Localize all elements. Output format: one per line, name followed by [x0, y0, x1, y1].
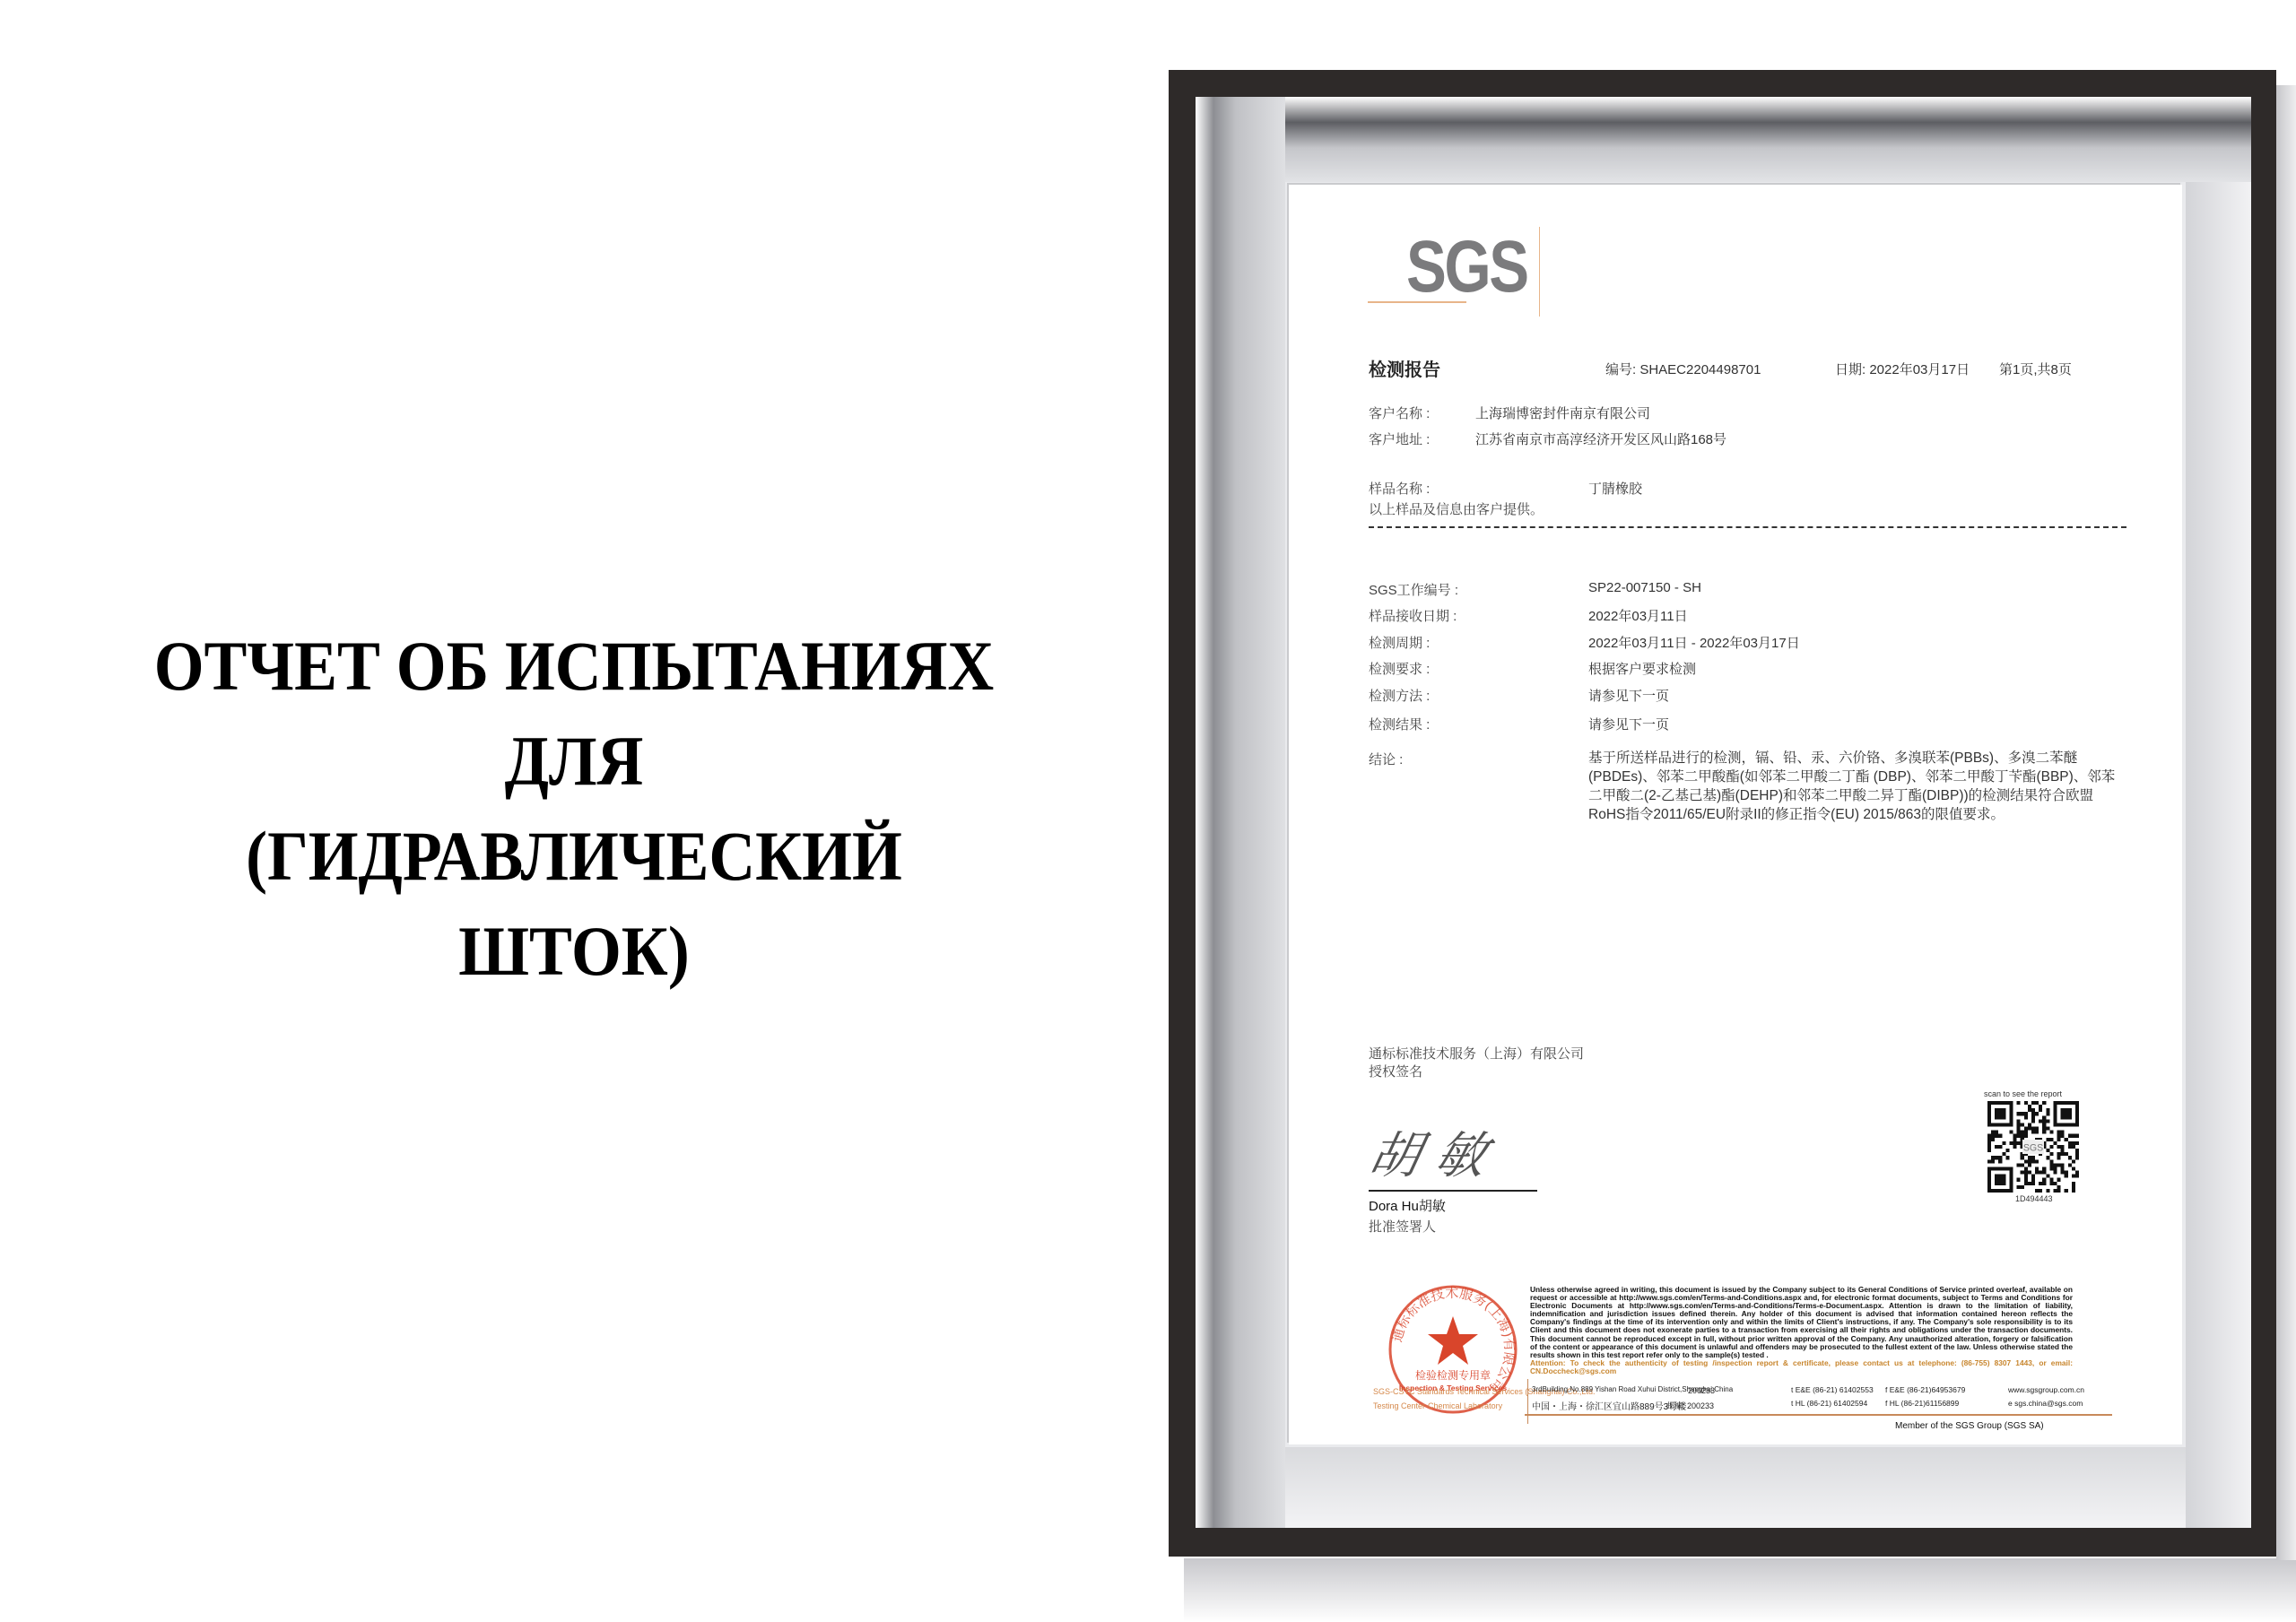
fax-hl: f HL (86-21)61156899 [1885, 1399, 1959, 1408]
detail-value: 2022年03月11日 - 2022年03月17日 [1588, 633, 1800, 652]
legal-text: Unless otherwise agreed in writing, this… [1530, 1285, 2073, 1359]
detail-value: 请参见下一页 [1588, 686, 1669, 705]
detail-label: 样品接收日期 : [1369, 606, 1457, 625]
frame-side-shadow [2276, 85, 2296, 1560]
authorized-signature-label: 授权签名 [1369, 1062, 1422, 1080]
footer-tick [1527, 1379, 1528, 1424]
sample-note: 以上样品及信息由客户提供。 [1369, 499, 1544, 518]
phone-ee: t E&E (86-21) 61402553 [1791, 1385, 1874, 1394]
address-cn: 中国・上海・徐汇区宜山路889号3号楼 [1532, 1399, 1686, 1412]
postcode-cn: 邮编: 200233 [1666, 1400, 1714, 1411]
detail-value: 根据客户要求检测 [1588, 659, 1696, 678]
sample-name-value: 丁腈橡胶 [1588, 479, 1642, 498]
footer-rule [1525, 1414, 2112, 1416]
detail-value: SP22-007150 - SH [1588, 580, 1701, 595]
detail-label: SGS工作编号 : [1369, 580, 1458, 599]
email-link[interactable]: e sgs.china@sgs.com [2008, 1399, 2083, 1408]
detail-label: 检测要求 : [1369, 659, 1430, 678]
title-line-4: ШТОК) [95, 904, 1052, 999]
legal-fine-print: Unless otherwise agreed in writing, this… [1530, 1286, 2073, 1375]
fax-ee: f E&E (86-21)64953679 [1885, 1385, 1965, 1394]
qr-caption: scan to see the report [1984, 1089, 2062, 1098]
member-note: Member of the SGS Group (SGS SA) [1895, 1421, 2044, 1431]
logo-vertical-line [1539, 227, 1540, 317]
page-title: ОТЧЕТ ОБ ИСПЫТАНИЯХ ДЛЯ (ГИДРАВЛИЧЕСКИЙ … [54, 619, 1094, 999]
title-line-3: (ГИДРАВЛИЧЕСКИЙ [95, 809, 1052, 904]
client-address-value: 江苏省南京市高淳经济开发区风山路168号 [1475, 429, 1726, 448]
report-date: 日期: 2022年03月17日 [1835, 360, 1970, 378]
title-line-1: ОТЧЕТ ОБ ИСПЫТАНИЯХ [95, 619, 1052, 714]
qr-id: 1D494443 [2015, 1194, 2053, 1203]
postcode-en: 200233 [1688, 1386, 1715, 1395]
signature-line [1369, 1190, 1537, 1192]
qr-code-icon[interactable]: SGS [1987, 1101, 2079, 1193]
frame-floor-shadow [1184, 1558, 2296, 1622]
logo-underline [1368, 301, 1466, 303]
mat-bottom [1196, 1447, 2251, 1528]
report-title: 检测报告 [1369, 355, 1440, 381]
handwritten-signature: 胡 敏 [1362, 1116, 1494, 1188]
phone-hl: t HL (86-21) 61402594 [1791, 1399, 1867, 1408]
official-seal-icon: 通标标准技术服务(上海)有限公司 检验检测专用章 Inspection & Te… [1386, 1282, 1520, 1417]
sample-name-label: 样品名称 : [1369, 479, 1430, 498]
mat-top [1196, 97, 2251, 182]
mat-left [1196, 97, 1285, 1528]
issuer-name: 通标标准技术服务（上海）有限公司 [1369, 1044, 1584, 1063]
client-address-label: 客户地址 : [1369, 429, 1430, 448]
qr-center-logo: SGS [2023, 1142, 2043, 1153]
client-name-value: 上海瑞博密封件南京有限公司 [1475, 403, 1650, 422]
report-number: 编号: SHAEC2204498701 [1605, 360, 1761, 378]
detail-label: 检测结果 : [1369, 715, 1430, 733]
title-line-2: ДЛЯ [95, 714, 1052, 809]
mat-right [2186, 97, 2251, 1528]
client-name-label: 客户名称 : [1369, 403, 1430, 422]
sgs-logo: SGS [1406, 231, 1527, 303]
stamp-caption-2: Testing Center-Chemical Laboratory [1373, 1401, 1502, 1410]
detail-label: 检测方法 : [1369, 686, 1430, 705]
detail-value: 请参见下一页 [1588, 715, 1669, 733]
detail-label: 检测周期 : [1369, 633, 1430, 652]
authenticity-notice: Attention: To check the authenticity of … [1530, 1358, 2073, 1375]
signer-name: Dora Hu胡敏 [1369, 1196, 1446, 1215]
website-link[interactable]: www.sgsgroup.com.cn [2008, 1385, 2084, 1394]
svg-text:检验检测专用章: 检验检测专用章 [1415, 1368, 1491, 1382]
page-indicator: 第1页,共8页 [1999, 360, 2072, 378]
dashed-separator [1369, 526, 2126, 528]
signer-role: 批准签署人 [1369, 1217, 1436, 1236]
conclusion-label: 结论 : [1369, 750, 1403, 768]
conclusion-text: 基于所送样品进行的检测，镉、铅、汞、六价铬、多溴联苯(PBBs)、多溴二苯醚(P… [1588, 749, 2118, 824]
detail-value: 2022年03月11日 [1588, 606, 1688, 625]
